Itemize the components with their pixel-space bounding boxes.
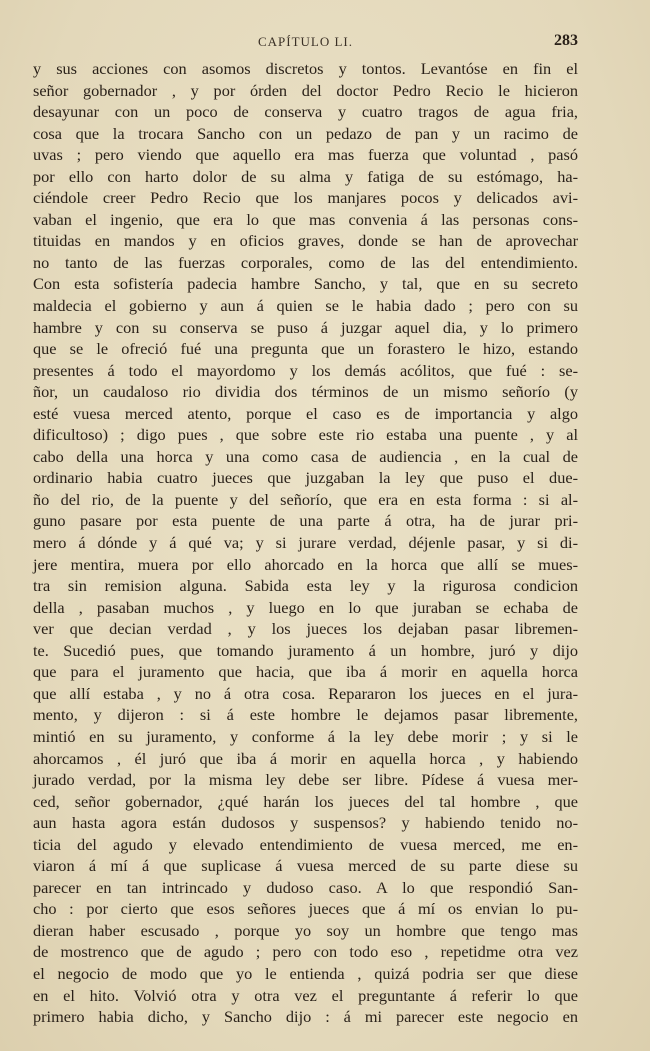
text-line: maldecia el gobierno y aun á quien se le… (33, 295, 578, 317)
text-line-content: ver que decian verdad , y los jueces los… (33, 618, 578, 640)
text-line-content: vaban el ingenio, que era lo que mas con… (33, 209, 578, 231)
text-line: ordinario habia cuatro jueces que juzgab… (33, 467, 578, 489)
text-line-content: señor gobernador , y por órden del docto… (33, 80, 578, 102)
text-line-content: que se le ofreció fué una pregunta que u… (33, 338, 578, 360)
text-line: por ello con harto dolor de su alma y fa… (33, 166, 578, 188)
text-line: mento, y dijeron : si á este hombre le d… (33, 704, 578, 726)
text-line: cho : por cierto que esos señores jueces… (33, 898, 578, 920)
text-line-content: uvas ; pero viendo que aquello era mas f… (33, 144, 578, 166)
text-line: ver que decian verdad , y los jueces los… (33, 618, 578, 640)
text-line: mintió en su juramento, y conforme á la … (33, 726, 578, 748)
text-line: te. Sucedió pues, que tomando juramento … (33, 640, 578, 662)
text-line-content: parecer en tan intrincado y dudoso caso.… (33, 877, 578, 899)
text-line-content: mero á dónde y á qué va; y si jurare ver… (33, 532, 578, 554)
text-line-content: Con esta sofistería padecia hambre Sanch… (33, 273, 578, 295)
page-number: 283 (554, 32, 578, 50)
text-line: viaron á mí á que suplicase á vuesa merc… (33, 855, 578, 877)
text-line-content: tra sin remision alguna. Sabida esta ley… (33, 575, 578, 597)
text-line: cabo della una horca y una como casa de … (33, 446, 578, 468)
text-line: señor gobernador , y por órden del docto… (33, 80, 578, 102)
text-line: tra sin remision alguna. Sabida esta ley… (33, 575, 578, 597)
text-line-content: jurado verdad, por la misma ley debe ser… (33, 769, 578, 791)
text-line: uvas ; pero viendo que aquello era mas f… (33, 144, 578, 166)
chapter-title: CAPÍTULO LI. (33, 34, 578, 50)
text-line: ño del rio, de la puente y del señorío, … (33, 489, 578, 511)
text-line-content: ced, señor gobernador, ¿qué harán los ju… (33, 791, 578, 813)
text-line-content: en el hito. Volvió otra y otra vez el pr… (33, 985, 578, 1007)
text-line: dieran haber escusado , porque yo soy un… (33, 920, 578, 942)
text-line-content: guno pasare por esta puente de una parte… (33, 510, 578, 532)
text-line: de mostrenco que de agudo ; pero con tod… (33, 941, 578, 963)
text-line-content: ño del rio, de la puente y del señorío, … (33, 489, 578, 511)
text-line: primero habia dicho, y Sancho dijo : á m… (33, 1006, 578, 1028)
text-line-content: viaron á mí á que suplicase á vuesa merc… (33, 855, 578, 877)
text-line-content: ordinario habia cuatro jueces que juzgab… (33, 467, 578, 489)
text-line-content: mento, y dijeron : si á este hombre le d… (33, 704, 578, 726)
text-line: guno pasare por esta puente de una parte… (33, 510, 578, 532)
text-line: no tanto de las fuerzas corporales, como… (33, 252, 578, 274)
text-line: ciéndole creer Pedro Recio que los manja… (33, 187, 578, 209)
text-line-content: de mostrenco que de agudo ; pero con tod… (33, 941, 578, 963)
text-line: ced, señor gobernador, ¿qué harán los ju… (33, 791, 578, 813)
text-line-content: ticia del agudo y elevado entendimiento … (33, 834, 578, 856)
text-line-content: tituidas en mandos y en oficios graves, … (33, 230, 578, 252)
text-line-content: presentes á todo el mayordomo y los demá… (33, 360, 578, 382)
text-line: hambre y con su conserva se puso á juzga… (33, 317, 578, 339)
text-line: tituidas en mandos y en oficios graves, … (33, 230, 578, 252)
text-line: esté vuesa merced atento, porque el caso… (33, 403, 578, 425)
text-line-content: dieran haber escusado , porque yo soy un… (33, 920, 578, 942)
text-line-content: y sus acciones con asomos discretos y to… (33, 58, 578, 80)
text-line-content: primero habia dicho, y Sancho dijo : á m… (33, 1006, 578, 1028)
text-line: mero á dónde y á qué va; y si jurare ver… (33, 532, 578, 554)
text-line: vaban el ingenio, que era lo que mas con… (33, 209, 578, 231)
text-line-content: ñor, un caudaloso rio dividia dos términ… (33, 381, 578, 403)
text-line: el negocio de modo que yo le entienda , … (33, 963, 578, 985)
text-line: della , pasaban muchos , y luego en lo q… (33, 597, 578, 619)
book-page: CAPÍTULO LI. 283 y sus acciones con asom… (0, 0, 650, 1051)
text-line: ahorcamos , él juró que iba á morir en a… (33, 748, 578, 770)
text-line: jere mentira, muera por ello ahorcado en… (33, 554, 578, 576)
text-line: en el hito. Volvió otra y otra vez el pr… (33, 985, 578, 1007)
text-line-content: maldecia el gobierno y aun á quien se le… (33, 295, 578, 317)
text-line-content: ahorcamos , él juró que iba á morir en a… (33, 748, 578, 770)
text-line-content: cosa que la trocara Sancho con un pedazo… (33, 123, 578, 145)
text-line: que se le ofreció fué una pregunta que u… (33, 338, 578, 360)
text-line: desayunar con un poco de conserva y cuat… (33, 101, 578, 123)
text-line-content: que para el juramento que hacia, que iba… (33, 661, 578, 683)
text-line-content: della , pasaban muchos , y luego en lo q… (33, 597, 578, 619)
text-line-content: que allí estaba , y no á otra cosa. Repa… (33, 683, 578, 705)
text-line-content: jere mentira, muera por ello ahorcado en… (33, 554, 578, 576)
text-line: jurado verdad, por la misma ley debe ser… (33, 769, 578, 791)
text-line: ticia del agudo y elevado entendimiento … (33, 834, 578, 856)
body-text: y sus acciones con asomos discretos y to… (33, 58, 578, 1028)
text-line-content: cho : por cierto que esos señores jueces… (33, 898, 578, 920)
text-line-content: el negocio de modo que yo le entienda , … (33, 963, 578, 985)
text-line-content: hambre y con su conserva se puso á juzga… (33, 317, 578, 339)
text-line-content: desayunar con un poco de conserva y cuat… (33, 101, 578, 123)
text-line-content: esté vuesa merced atento, porque el caso… (33, 403, 578, 425)
text-line: cosa que la trocara Sancho con un pedazo… (33, 123, 578, 145)
text-line-content: mintió en su juramento, y conforme á la … (33, 726, 578, 748)
text-line-content: dificultoso) ; digo pues , que sobre est… (33, 424, 578, 446)
text-line-content: por ello con harto dolor de su alma y fa… (33, 166, 578, 188)
text-line: que para el juramento que hacia, que iba… (33, 661, 578, 683)
text-line: aun hasta agora están dudosos y suspenso… (33, 812, 578, 834)
text-line: que allí estaba , y no á otra cosa. Repa… (33, 683, 578, 705)
text-line-content: ciéndole creer Pedro Recio que los manja… (33, 187, 578, 209)
text-line: parecer en tan intrincado y dudoso caso.… (33, 877, 578, 899)
text-line: ñor, un caudaloso rio dividia dos términ… (33, 381, 578, 403)
text-line-content: cabo della una horca y una como casa de … (33, 446, 578, 468)
text-line-content: te. Sucedió pues, que tomando juramento … (33, 640, 578, 662)
text-line: Con esta sofistería padecia hambre Sanch… (33, 273, 578, 295)
text-line: dificultoso) ; digo pues , que sobre est… (33, 424, 578, 446)
text-line: presentes á todo el mayordomo y los demá… (33, 360, 578, 382)
text-line-content: no tanto de las fuerzas corporales, como… (33, 252, 578, 274)
running-head: CAPÍTULO LI. 283 (33, 32, 578, 52)
text-line: y sus acciones con asomos discretos y to… (33, 58, 578, 80)
text-line-content: aun hasta agora están dudosos y suspenso… (33, 812, 578, 834)
